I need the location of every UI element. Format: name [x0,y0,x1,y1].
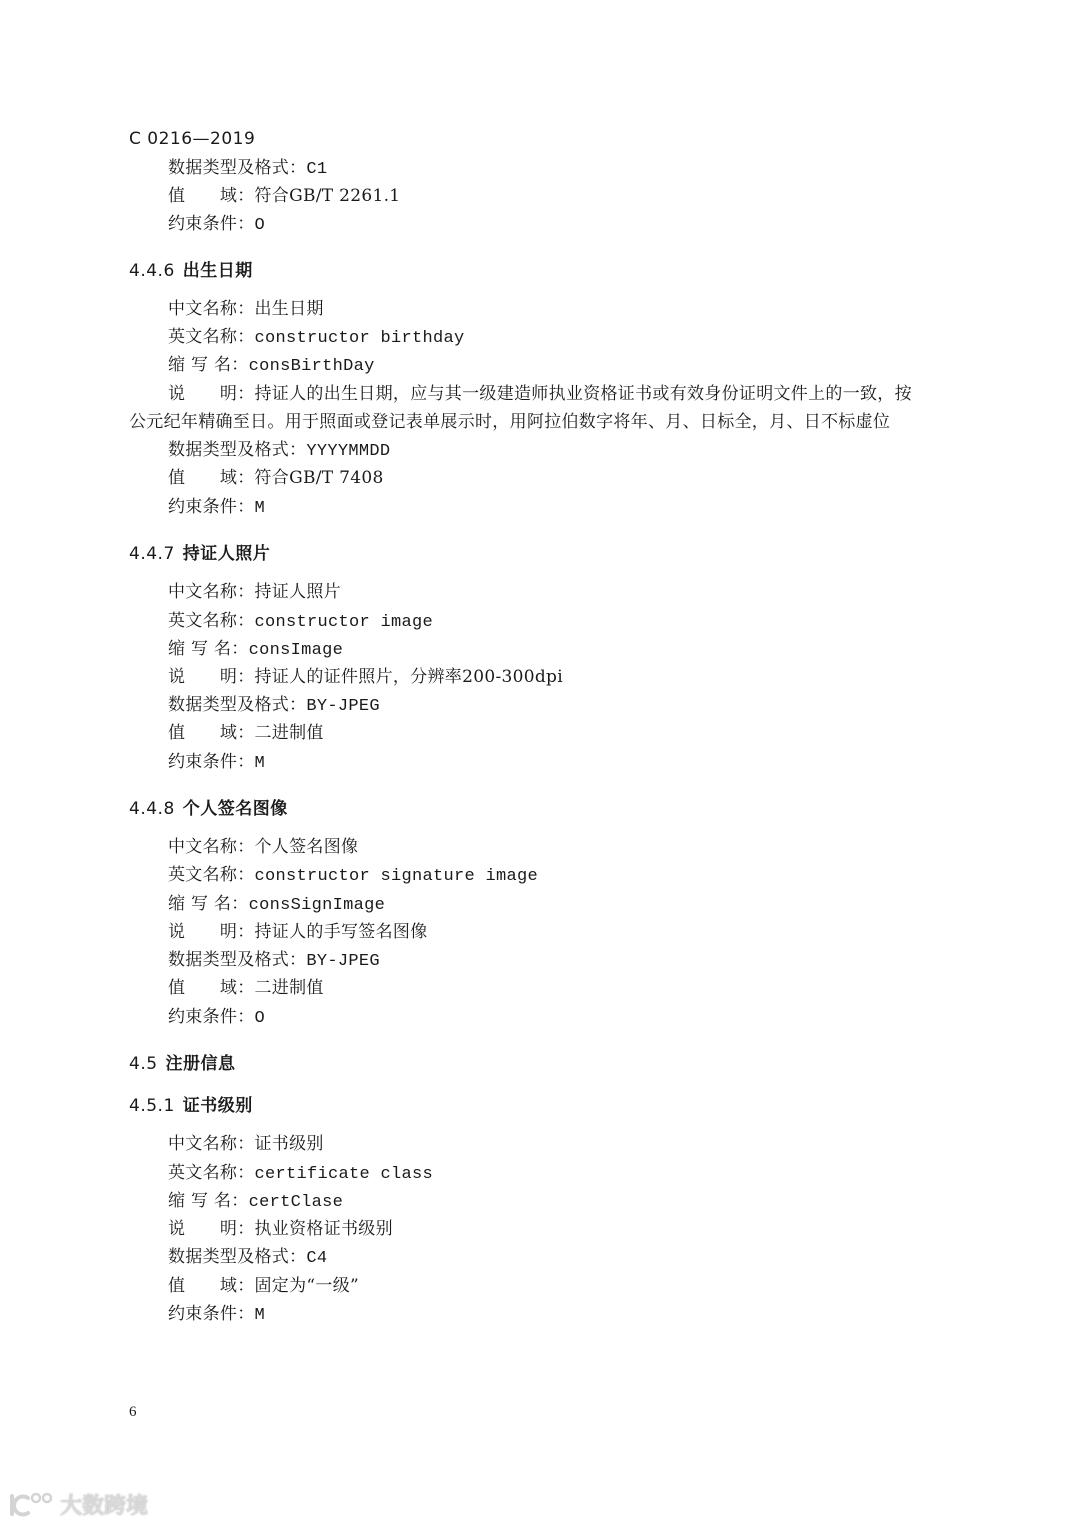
field-constraint: 约束条件：O [168,213,265,237]
field-english-name: 英文名称：constructor birthday [168,326,465,350]
field-value: 符合GB/T 2261.1 [255,186,401,206]
field-constraint: 约束条件：M [168,496,265,520]
field-description: 说 明：持证人的出生日期，应与其一级建造师执业资格证书或有效身份证明文件上的一致… [168,383,912,405]
field-chinese-name: 中文名称：持证人照片 [168,581,341,603]
field-value-domain: 值 域：固定为“一级” [168,1275,359,1297]
section-heading-4-4-6: 4.4.6出生日期 [129,256,253,281]
field-abbreviation: 缩 写 名：consImage [168,638,343,662]
section-heading-4-4-7: 4.4.7持证人照片 [129,539,270,564]
section-heading-4-4-8: 4.4.8个人签名图像 [129,794,288,819]
field-label: 数据类型及格式： [168,157,306,179]
field-label: 约束条件： [168,213,255,235]
section-heading-4-5: 4.5注册信息 [129,1049,236,1074]
field-english-name: 英文名称：certificate class [168,1162,433,1186]
watermark: 大数跨境 [8,1489,148,1520]
watermark-logo-icon [8,1492,54,1518]
field-value: C1 [306,160,327,179]
field-description: 说 明：持证人的手写签名图像 [168,921,428,943]
field-data-type: 数据类型及格式：C4 [168,1246,327,1270]
page-number: 6 [129,1404,137,1421]
page-header: C 0216—2019 [129,129,255,149]
field-chinese-name: 中文名称：个人签名图像 [168,836,358,858]
watermark-text: 大数跨境 [60,1489,148,1520]
field-description: 说 明：执业资格证书级别 [168,1218,393,1240]
field-abbreviation: 缩 写 名：consSignImage [168,893,385,917]
field-description: 说 明：持证人的证件照片，分辨率200-300dpi [168,666,563,688]
field-chinese-name: 中文名称：出生日期 [168,298,324,320]
field-value: O [255,216,266,235]
field-data-type: 数据类型及格式：YYYYMMDD [168,439,390,463]
field-data-type: 数据类型及格式：C1 [168,157,327,181]
field-data-type: 数据类型及格式：BY-JPEG [168,694,380,718]
field-constraint: 约束条件：O [168,1006,265,1030]
field-english-name: 英文名称：constructor image [168,610,433,634]
section-heading-4-5-1: 4.5.1证书级别 [129,1091,253,1116]
field-abbreviation: 缩 写 名：certClase [168,1190,343,1214]
field-chinese-name: 中文名称：证书级别 [168,1133,324,1155]
field-data-type: 数据类型及格式：BY-JPEG [168,949,380,973]
field-description-continuation: 公元纪年精确至日。用于照面或登记表单展示时，用阿拉伯数字将年、月、日标全，月、日… [129,411,890,433]
field-value-domain: 值 域：符合GB/T 7408 [168,467,384,489]
field-abbreviation: 缩 写 名：consBirthDay [168,354,375,378]
field-constraint: 约束条件：M [168,1303,265,1327]
field-label: 值 域： [168,185,255,207]
field-english-name: 英文名称：constructor signature image [168,864,538,888]
field-value-domain: 值 域：符合GB/T 2261.1 [168,185,400,207]
field-value-domain: 值 域：二进制值 [168,722,324,744]
field-constraint: 约束条件：M [168,751,265,775]
field-value-domain: 值 域：二进制值 [168,977,324,999]
